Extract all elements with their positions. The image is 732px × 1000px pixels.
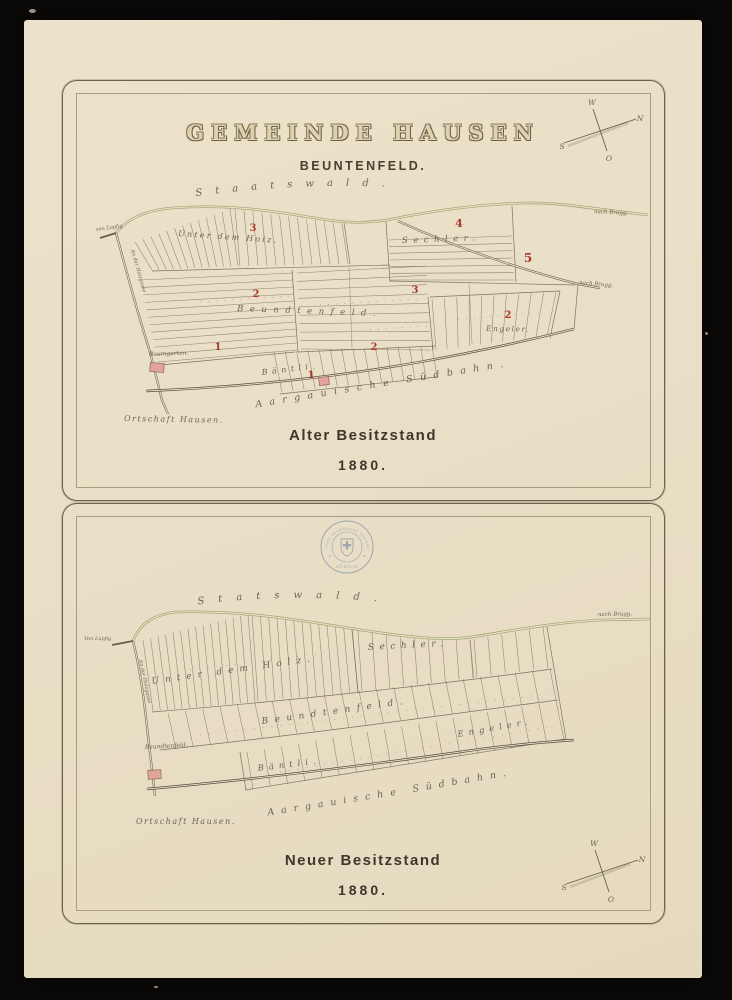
swiss-cross-shield-seal: EIDG. TECHNISCHE HOCHSCHULE ZÜRICH	[315, 515, 379, 579]
old-state-year: 1880.	[24, 457, 702, 473]
compass-south-label: S	[561, 883, 566, 892]
compass-needle	[566, 850, 638, 892]
dust-speck	[705, 332, 708, 335]
compass-needle	[564, 109, 636, 151]
compass-rose-upper: W N S O	[553, 86, 643, 176]
dust-speck	[29, 9, 36, 13]
dust-speck	[154, 986, 158, 988]
seal-bottom-text: ZÜRICH	[336, 564, 358, 569]
compass-north-label: N	[638, 855, 646, 864]
map-sheet: GEMEINDE HAUSEN BEUNTENFELD.	[24, 20, 702, 978]
swiss-cross-icon	[343, 541, 351, 549]
compass-rose-lower: W N S O	[555, 827, 645, 917]
scanned-map-photo: { "document": { "title": "GEMEINDE HAUSE…	[0, 0, 732, 1000]
compass-west-label: W	[588, 98, 597, 107]
old-state-caption: Alter Besitzstand	[24, 427, 702, 444]
compass-south-label: S	[559, 142, 564, 151]
compass-east-label: O	[608, 895, 614, 904]
compass-north-label: N	[636, 114, 644, 123]
compass-west-label: W	[590, 839, 599, 848]
compass-east-label: O	[606, 154, 612, 163]
